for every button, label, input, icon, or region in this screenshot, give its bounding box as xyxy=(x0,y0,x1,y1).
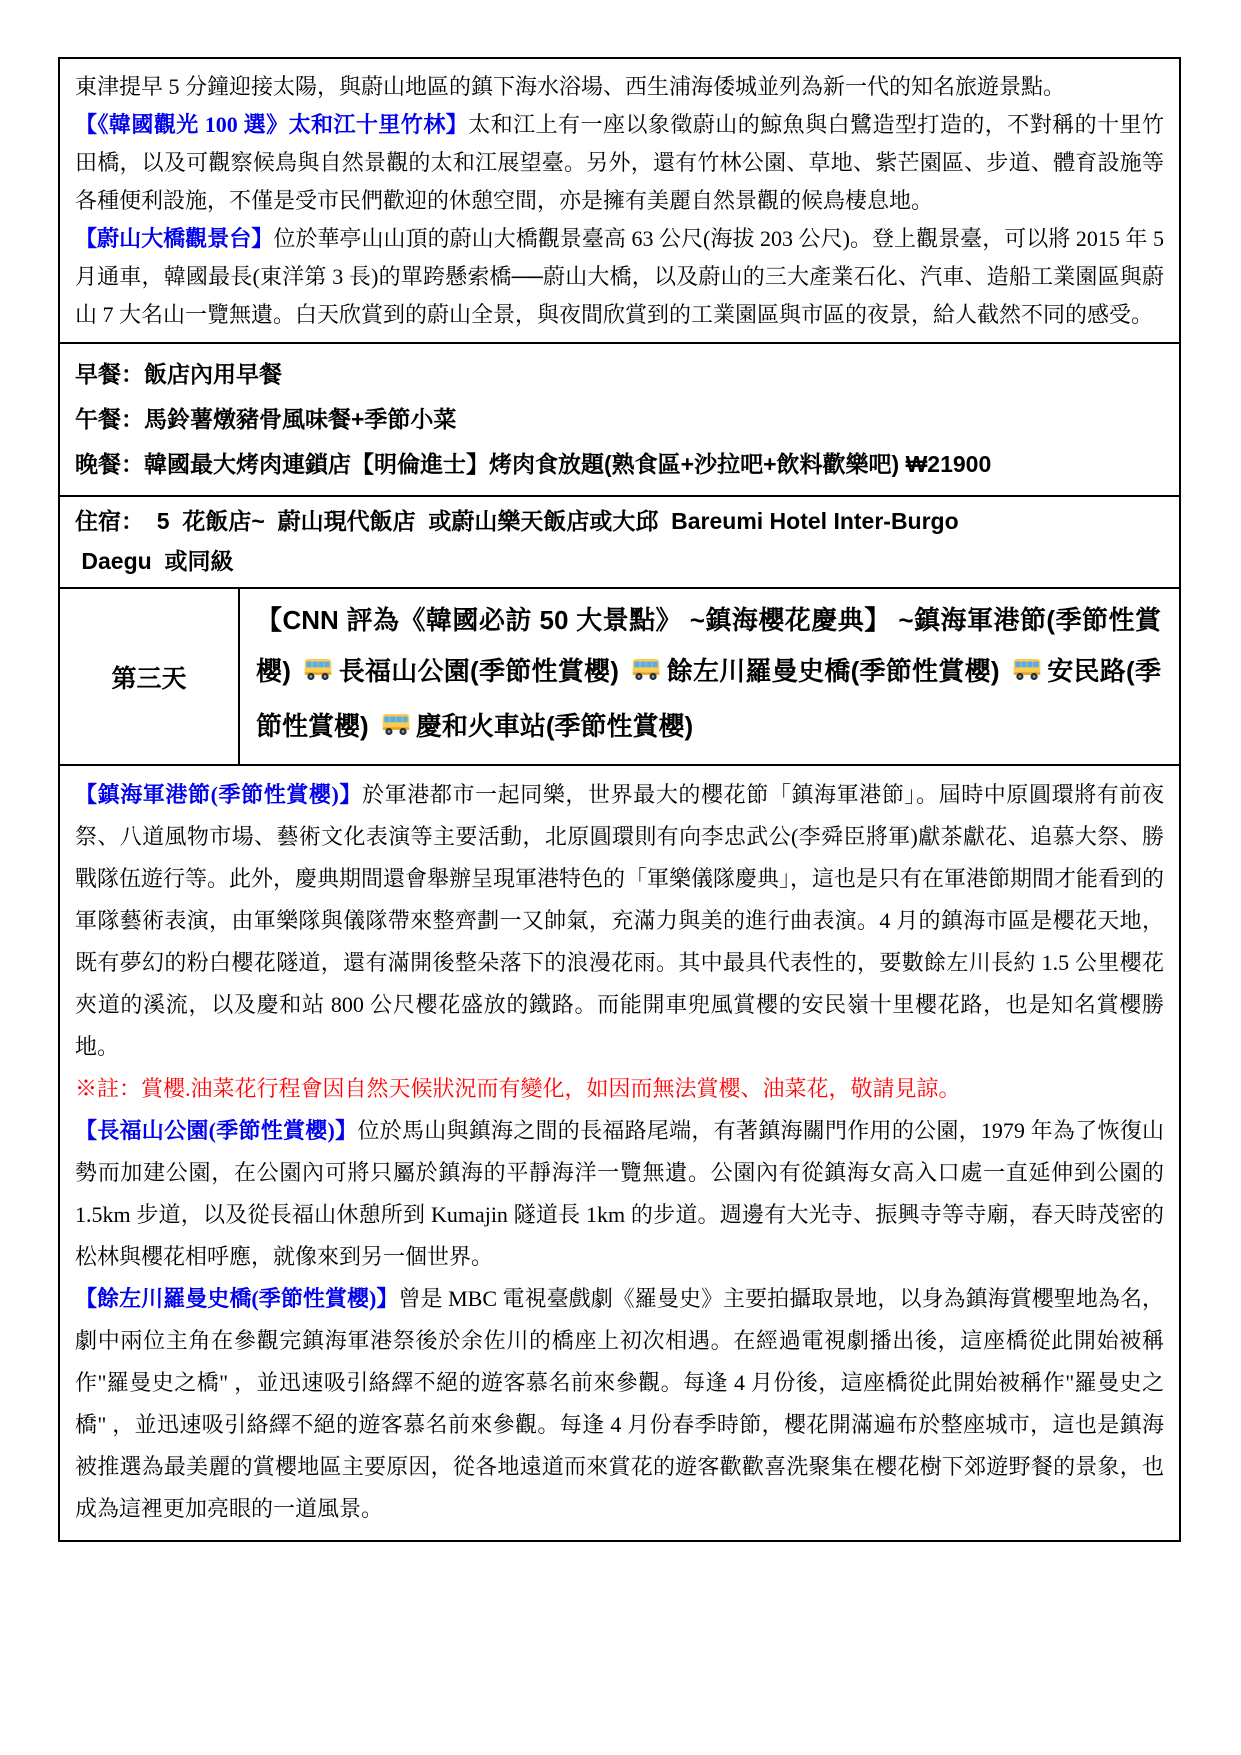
day3-stop-1: 長福山公園(季節性賞櫻) xyxy=(338,656,626,686)
day3-route-cell: 【CNN 評為《韓國必訪 50 大景點》 ~鎮海櫻花慶典】 ~鎮海軍港節(季節性… xyxy=(238,589,1179,764)
jinhae-festival-paragraph: 【鎮海軍港節(季節性賞櫻)】於軍港都市一起同樂，世界最大的櫻花節「鎮海軍港節」。… xyxy=(75,774,1164,1068)
jinhae-festival-body: 於軍港都市一起同樂，世界最大的櫻花節「鎮海軍港節」。屆時中原圓環將有前夜祭、八道… xyxy=(75,782,1164,1059)
romance-bridge-paragraph: 【餘左川羅曼史橋(季節性賞櫻)】曾是 MBC 電視臺戲劇《羅曼史》主要拍攝取景地… xyxy=(75,1278,1164,1530)
day3-row: 第三天 【CNN 評為《韓國必訪 50 大景點》 ~鎮海櫻花慶典】 ~鎮海軍港節… xyxy=(60,587,1179,764)
romance-bridge-body: 曾是 MBC 電視臺戲劇《羅曼史》主要拍攝取景地，以身為鎮海賞櫻聖地為名，劇中兩… xyxy=(75,1286,1164,1521)
ulsan-bridge-heading: 【蔚山大橋觀景台】 xyxy=(75,226,273,251)
jinhae-festival-heading: 【鎮海軍港節(季節性賞櫻)】 xyxy=(75,782,362,807)
bus-icon xyxy=(381,705,411,756)
day2-description-row: 東津提早 5 分鐘迎接太陽，與蔚山地區的鎮下海水浴場、西生浦海倭城並列為新一代的… xyxy=(60,59,1179,342)
bus-icon xyxy=(631,650,661,701)
bus-icon xyxy=(303,650,333,701)
dinner-line: 晚餐：韓國最大烤肉連鎖店【明倫進士】烤肉食放題(熟食區+沙拉吧+飲料歡樂吧) ₩… xyxy=(75,442,1164,487)
day3-stop-4: 慶和火車站(季節性賞櫻) xyxy=(416,711,693,741)
donjin-sunrise-paragraph: 東津提早 5 分鐘迎接太陽，與蔚山地區的鎮下海水浴場、西生浦海倭城並列為新一代的… xyxy=(75,68,1164,106)
taehwa-river-heading: 【《韓國觀光 100 選》太和江十里竹林】 xyxy=(75,112,468,137)
lunch-line: 午餐：馬鈴薯燉豬骨風味餐+季節小菜 xyxy=(75,397,1164,442)
itinerary-table: 東津提早 5 分鐘迎接太陽，與蔚山地區的鎮下海水浴場、西生浦海倭城並列為新一代的… xyxy=(58,57,1181,1542)
cherry-blossom-disclaimer: ※註：賞櫻.油菜花行程會因自然天候狀況而有變化，如因而無法賞櫻、油菜花，敬請見諒… xyxy=(75,1068,1164,1110)
bus-icon xyxy=(1012,650,1042,701)
lodging-line1: 住宿： 5 花飯店~ 蔚山現代飯店 或蔚山樂天飯店或大邱 Bareumi Hot… xyxy=(75,501,1164,541)
lodging-line2: Daegu 或同級 xyxy=(75,541,1164,581)
ulsan-bridge-paragraph: 【蔚山大橋觀景台】位於華亭山山頂的蔚山大橋觀景臺高 63 公尺(海拔 203 公… xyxy=(75,220,1164,334)
meals-row: 早餐：飯店內用早餐 午餐：馬鈴薯燉豬骨風味餐+季節小菜 晚餐：韓國最大烤肉連鎖店… xyxy=(60,342,1179,495)
breakfast-line: 早餐：飯店內用早餐 xyxy=(75,352,1164,397)
day3-stop-2: 餘左川羅曼史橋(季節性賞櫻) xyxy=(666,656,1007,686)
jangboksan-park-heading: 【長福山公園(季節性賞櫻)】 xyxy=(75,1118,357,1143)
lodging-row: 住宿： 5 花飯店~ 蔚山現代飯店 或蔚山樂天飯店或大邱 Bareumi Hot… xyxy=(60,495,1179,587)
day3-description-row: 【鎮海軍港節(季節性賞櫻)】於軍港都市一起同樂，世界最大的櫻花節「鎮海軍港節」。… xyxy=(60,764,1179,1540)
jangboksan-park-paragraph: 【長福山公園(季節性賞櫻)】位於馬山與鎮海之間的長福路尾端，有著鎮海關門作用的公… xyxy=(75,1110,1164,1278)
taehwa-river-paragraph: 【《韓國觀光 100 選》太和江十里竹林】太和江上有一座以象徵蔚山的鯨魚與白鷺造… xyxy=(75,106,1164,220)
day3-label-cell: 第三天 xyxy=(60,589,238,764)
romance-bridge-heading: 【餘左川羅曼史橋(季節性賞櫻)】 xyxy=(75,1286,398,1311)
